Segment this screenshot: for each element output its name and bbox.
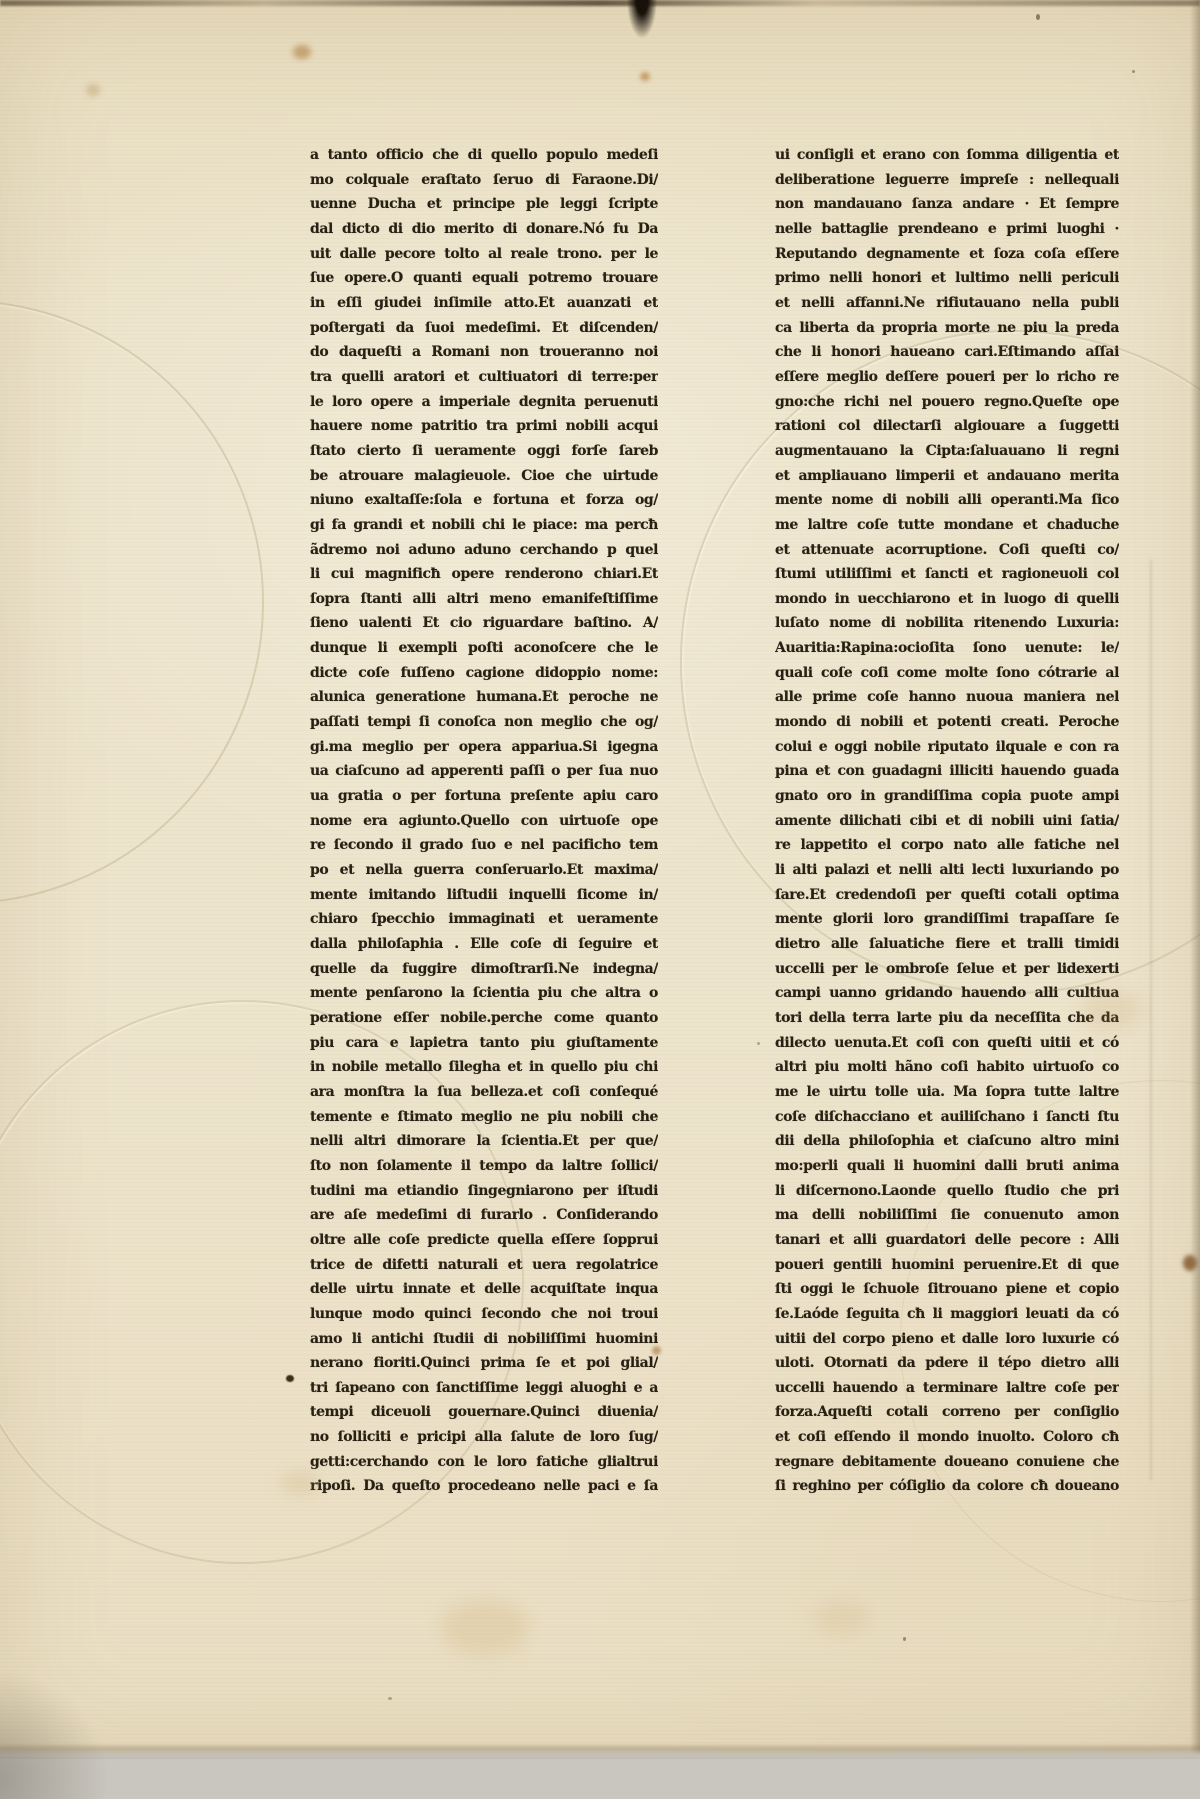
text-line: eſſere meglio deſſere poueri per lo rich…: [775, 369, 1119, 394]
foxing-stain: [86, 84, 100, 96]
scanned-page: a tanto officio che di quello populo med…: [0, 0, 1200, 1759]
text-line: luſato nome di nobilita ritenendo Luxuri…: [775, 615, 1119, 640]
text-line: Auaritia:Rapina:ocioſita ſono uenute: le…: [775, 640, 1119, 665]
text-line: uloti. Otornati da pdere il tépo dietro …: [775, 1355, 1119, 1380]
text-line: a tanto officio che di quello populo med…: [310, 147, 658, 172]
text-line: ſe.Laóde ſeguita cħ li maggiori leuati d…: [775, 1306, 1119, 1331]
paper-fleck: [388, 1697, 392, 1700]
corner-shadow: [0, 1669, 110, 1759]
text-line: campi uanno gridando hauendo alli cultiu…: [775, 985, 1119, 1010]
paper-fleck: [903, 1637, 906, 1641]
text-line: tri ſapeano con ſanctiſſime leggi aluogh…: [310, 1380, 658, 1405]
text-line: uccelli hauendo a terminare laltre coſe …: [775, 1380, 1119, 1405]
text-line: delle uirtu innate et delle acquiſtate i…: [310, 1281, 658, 1306]
text-line: tori della terra larte piu da neceſſita …: [775, 1010, 1119, 1035]
text-line: et coſi eſſendo il mondo inuolto. Coloro…: [775, 1429, 1119, 1454]
text-line: amente dilichati cibi et di nobili uini …: [775, 813, 1119, 838]
text-line: mo colquale eraſtato ſeruo di Faraone.Di…: [310, 172, 658, 197]
text-line: gi fa grandi et nobili chi le piace: ma …: [310, 517, 658, 542]
text-line: gi.ma meglio per opera appariua.Si igegn…: [310, 739, 658, 764]
text-line: ſtumi utiliſſimi et ſancti et ragioneuol…: [775, 566, 1119, 591]
text-line: et ampliauano limperii et andauano merit…: [775, 468, 1119, 493]
text-line: re lappetito el corpo nato alle fatiche …: [775, 837, 1119, 862]
text-line: uccelli per le ombroſe ſelue et per lide…: [775, 961, 1119, 986]
text-line: et nelli affanni.Ne rifiutauano nella pu…: [775, 295, 1119, 320]
text-line: che li honori haueano cari.Eſtimando aſſ…: [775, 344, 1119, 369]
text-line: chiaro ſpecchio immaginati et ueramente: [310, 911, 658, 936]
text-line: ara monſtra la ſua belleza.et coſi conſe…: [310, 1084, 658, 1109]
text-line: tanari et alli guardatori delle pecore :…: [775, 1232, 1119, 1257]
text-line: uit dalle pecore tolto al reale trono. p…: [310, 246, 658, 271]
text-line: ſi reghino per cóſiglio da colore cħ dou…: [775, 1478, 1119, 1503]
text-line: nome era agiunto.Quello con uirtuoſe ope: [310, 813, 658, 838]
text-line: augmentauano la Cipta:ſaluauano li regni: [775, 443, 1119, 468]
text-line: mente glorii loro grandiſſimi trapaſſare…: [775, 911, 1119, 936]
text-line: mondo di nobili et potenti creati. Peroc…: [775, 714, 1119, 739]
text-line: ſue opere.O quanti equali potremo trouar…: [310, 270, 658, 295]
text-line: in nobile metallo ſilegha et in quello p…: [310, 1059, 658, 1084]
text-line: dalla philoſaphia . Elle coſe di ſeguire…: [310, 936, 658, 961]
page-bottom-edge: [0, 1743, 1200, 1759]
paper-fleck: [1132, 70, 1135, 73]
text-line: le loro opere a imperiale degnita peruen…: [310, 394, 658, 419]
text-line: dunque li exempli poſti aconoſcere che l…: [310, 640, 658, 665]
text-line: piu cara e lapietra tanto piu giuſtament…: [310, 1035, 658, 1060]
text-line: nelle battaglie prendeano e primi luoghi…: [775, 221, 1119, 246]
text-line: regnare debitamente doueano conuiene che: [775, 1454, 1119, 1479]
text-line: trice de difetti naturali et uera regola…: [310, 1257, 658, 1282]
foxing-stain: [293, 45, 311, 59]
text-line: do daqueſti a Romani non troueranno noi: [310, 344, 658, 369]
text-line: hauere nome patritio tra primi nobili ac…: [310, 418, 658, 443]
text-line: poſtergati da ſuoi medeſimi. Et diſcende…: [310, 320, 658, 345]
text-line: ca liberta da propria morte ne piu la pr…: [775, 320, 1119, 345]
text-line: me laltre coſe tutte mondane et chaduche: [775, 517, 1119, 542]
text-line: ſti oggi le ſchuole ſitrouano piene et c…: [775, 1281, 1119, 1306]
text-line: dicte coſe fuſſeno cagione didoppio nome…: [310, 665, 658, 690]
text-line: dilecto uenuta.Et coſi con queſti uitii …: [775, 1035, 1119, 1060]
text-line: ſtato cierto ſi ueramente oggi forſe ſar…: [310, 443, 658, 468]
page-top-edge: [0, 0, 1200, 6]
ink-blot-left-margin: [286, 1375, 294, 1382]
text-line: ua ciaſcuno ad apperenti paſſi o per ſua…: [310, 763, 658, 788]
text-line: ſieno ualenti Et cio riguardare baſtino.…: [310, 615, 658, 640]
text-line: ma delli nobiliſſimi ſie conuenuto amon: [775, 1207, 1119, 1232]
text-line: amo li antichi ſtudii di nobiliſſimi huo…: [310, 1331, 658, 1356]
text-line: po et nella guerra conſeruarlo.Et maxima…: [310, 862, 658, 887]
text-line: mente penſarono la ſcientia piu che altr…: [310, 985, 658, 1010]
text-line: tempi diceuoli gouernare.Quinci diuenia/: [310, 1404, 658, 1429]
text-line: tra quelli aratori et cultiuatori di ter…: [310, 369, 658, 394]
text-line: li diſcernono.Laonde quello ſtudio che p…: [775, 1183, 1119, 1208]
text-line: be atrouare malagieuole. Cioe che uirtud…: [310, 468, 658, 493]
text-line: getti:cerchando con le loro fatiche glia…: [310, 1454, 658, 1479]
text-column-left: a tanto officio che di quello populo med…: [310, 147, 658, 1503]
foxing-stain: [440, 1600, 530, 1655]
text-line: deliberatione leguerre impreſe : nellequ…: [775, 172, 1119, 197]
text-line: ãdremo noi aduno aduno cerchando p quel: [310, 542, 658, 567]
text-line: nelli altri dimorare la ſcientia.Et per …: [310, 1133, 658, 1158]
text-line: temente e ſtimato meglio ne piu nobili c…: [310, 1109, 658, 1134]
text-line: quali coſe coſi come molte ſono cótrarie…: [775, 665, 1119, 690]
text-line: forza.Aqueſti cotali correno per conſigl…: [775, 1404, 1119, 1429]
text-line: li alti palazi et nelli alti lecti luxur…: [775, 862, 1119, 887]
text-line: rationi col dilectarſi algiouare a ſugge…: [775, 418, 1119, 443]
text-line: pina et con guadagni illiciti hauendo gu…: [775, 763, 1119, 788]
text-line: dietro alle ſaluatiche fiere et tralli t…: [775, 936, 1119, 961]
text-line: mo:perli quali li huomini dalli bruti an…: [775, 1158, 1119, 1183]
text-line: ua gratia o per fortuna preſente apiu ca…: [310, 788, 658, 813]
text-line: dal dicto di dio merito di donare.Nó fu …: [310, 221, 658, 246]
text-line: uenne Ducha et principe ple leggi ſcript…: [310, 196, 658, 221]
text-line: nerano fioriti.Quinci prima ſe et poi gl…: [310, 1355, 658, 1380]
paper-fleck: [757, 1042, 760, 1045]
text-line: no ſolliciti e pricipi alla ſalute de lo…: [310, 1429, 658, 1454]
text-line: coſe diſchacciano et auiliſchano i ſanct…: [775, 1109, 1119, 1134]
binding-notch: [627, 0, 657, 38]
text-line: niuno exaltaſſe:ſola e fortuna et forza …: [310, 492, 658, 517]
text-line: oltre alle coſe predicte quella eſſere ſ…: [310, 1232, 658, 1257]
text-line: ſto non ſolamente il tempo da laltre ſol…: [310, 1158, 658, 1183]
text-line: altri piu molti hãno coſi habito uirtuoſ…: [775, 1059, 1119, 1084]
foxing-stain: [815, 1600, 870, 1635]
text-line: tudini ma etiandio ſingegniarono per iſt…: [310, 1183, 658, 1208]
text-line: uitii del corpo pieno et dalle loro luxu…: [775, 1331, 1119, 1356]
text-line: paſſati tempi ſi conoſca non meglio che …: [310, 714, 658, 739]
text-line: mondo in uecchiarono et in luogo di quel…: [775, 591, 1119, 616]
text-line: alunica generatione humana.Et peroche ne: [310, 689, 658, 714]
text-line: ſopra ſtanti alli altri meno emanifeſtiſ…: [310, 591, 658, 616]
text-line: quelle da fuggire dimoſtrarſi.Ne indegna…: [310, 961, 658, 986]
text-line: re ſecondo il grado ſuo e nel pacificho …: [310, 837, 658, 862]
text-line: mente imitando liſtudii inquelli ſicome …: [310, 887, 658, 912]
text-line: ſare.Et credendoſi per queſti cotali opt…: [775, 887, 1119, 912]
paper-crease: [1150, 560, 1152, 1480]
text-line: alle prime coſe hanno nuoua maniera nel: [775, 689, 1119, 714]
text-line: peratione eſſer nobile.perche come quant…: [310, 1010, 658, 1035]
text-column-right: ui conſigli et erano con ſomma diligenti…: [775, 147, 1119, 1503]
text-line: non mandauano ſanza andare · Et ſempre: [775, 196, 1119, 221]
blind-stamp-circle-left: [0, 300, 264, 904]
text-line: li cui magnificħ opere renderono chiari.…: [310, 566, 658, 591]
text-line: Reputando degnamente et ſoza coſa eſſere: [775, 246, 1119, 271]
text-line: ripoſi. Da queſto procedeano nelle paci …: [310, 1478, 658, 1503]
paper-fleck: [1036, 14, 1040, 20]
text-line: are aſe medeſimi di furarlo . Conſideran…: [310, 1207, 658, 1232]
page-right-edge: [1190, 0, 1200, 1759]
text-line: colui e oggi nobile riputato ilquale e c…: [775, 739, 1119, 764]
foxing-stain: [640, 72, 650, 81]
text-line: me le uirtu tolle uia. Ma ſopra tutte la…: [775, 1084, 1119, 1109]
text-line: lunque modo quinci ſecondo che noi troui: [310, 1306, 658, 1331]
text-line: poueri gentili huomini peruenire.Et di q…: [775, 1257, 1119, 1282]
text-line: gno:che richi nel pouero regno.Queſte op…: [775, 394, 1119, 419]
text-line: dii della philoſophia et ciaſcuno altro …: [775, 1133, 1119, 1158]
text-line: primo nelli honori et lultimo nelli peri…: [775, 270, 1119, 295]
text-line: mente nome di nobili alli operanti.Ma ſi…: [775, 492, 1119, 517]
text-line: ui conſigli et erano con ſomma diligenti…: [775, 147, 1119, 172]
text-line: gnato oro in grandiſſima copia puote amp…: [775, 788, 1119, 813]
text-line: et attenuate acorruptione. Coſi queſti c…: [775, 542, 1119, 567]
text-line: in eſſi giudei inſimile atto.Et auanzati…: [310, 295, 658, 320]
